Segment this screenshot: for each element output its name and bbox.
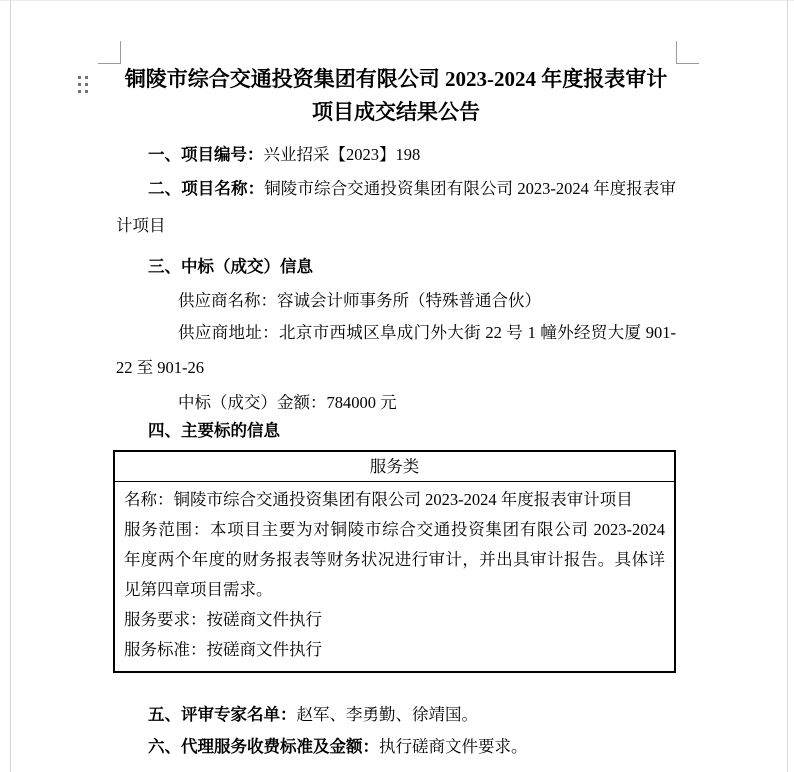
section-experts-label: 五、评审专家名单：	[148, 705, 297, 724]
page-right-edge	[787, 0, 788, 772]
subject-table-body: 名称：铜陵市综合交通投资集团有限公司 2023-2024 年度报表审计项目 服务…	[115, 482, 674, 671]
subject-table: 服务类 名称：铜陵市综合交通投资集团有限公司 2023-2024 年度报表审计项…	[113, 450, 676, 673]
section-project-number-label: 一、项目编号：	[148, 145, 264, 164]
paragraph-drag-handle-icon[interactable]	[78, 76, 88, 93]
section-award-info-heading: 三、中标（成交）信息	[116, 249, 676, 284]
page-top-edge	[0, 0, 794, 1]
section-agency-fee-label: 六、代理服务收费标准及金额：	[148, 737, 379, 756]
supplier-address-line: 供应商地址：北京市西城区阜成门外大街 22 号 1 幢外经贸大厦 901-22 …	[116, 315, 676, 385]
award-amount-value: 784000 元	[327, 393, 397, 412]
subject-table-row-scope: 服务范围：本项目主要为对铜陵市综合交通投资集团有限公司 2023-2024 年度…	[124, 515, 665, 605]
section-project-number-value: 兴业招采【2023】198	[264, 145, 421, 164]
section-project-name: 二、项目名称：铜陵市综合交通投资集团有限公司 2023-2024 年度报表审计项…	[116, 170, 676, 244]
section-experts-line: 五、评审专家名单：赵军、李勇勤、徐靖国。	[116, 697, 676, 732]
section-agency-fee-line: 六、代理服务收费标准及金额：执行磋商文件要求。	[116, 729, 676, 764]
supplier-address-label: 供应商地址：	[178, 323, 279, 342]
supplier-name-label: 供应商名称：	[178, 291, 277, 310]
award-amount-label: 中标（成交）金额：	[178, 393, 327, 412]
subject-table-row-standard: 服务标准：按磋商文件执行	[124, 635, 665, 665]
section-agency-fee-value: 执行磋商文件要求。	[379, 737, 528, 756]
section-project-number: 一、项目编号：兴业招采【2023】198	[116, 137, 676, 172]
document-viewer: { "title": { "line1": "铜陵市综合交通投资集团有限公司 2…	[0, 0, 794, 772]
title-line-1: 铜陵市综合交通投资集团有限公司 2023-2024 年度报表审计	[116, 63, 676, 96]
title-line-2: 项目成交结果公告	[116, 96, 676, 129]
supplier-name-line: 供应商名称：容诚会计师事务所（特殊普通合伙）	[116, 283, 676, 318]
subject-table-header-cell: 服务类	[115, 452, 674, 482]
document-title: 铜陵市综合交通投资集团有限公司 2023-2024 年度报表审计 项目成交结果公…	[116, 63, 676, 129]
section-experts-value: 赵军、李勇勤、徐靖国。	[297, 705, 479, 724]
text-boundary-mark-top-right-icon	[676, 41, 699, 64]
section-project-name-label: 二、项目名称：	[148, 179, 264, 198]
text-boundary-mark-top-left-icon	[98, 41, 121, 64]
subject-table-row-name: 名称：铜陵市综合交通投资集团有限公司 2023-2024 年度报表审计项目	[124, 485, 665, 515]
supplier-name-value: 容诚会计师事务所（特殊普通合伙）	[277, 291, 541, 310]
subject-table-row-requirement: 服务要求：按磋商文件执行	[124, 605, 665, 635]
page-left-edge	[10, 0, 11, 772]
section-subject-info-heading: 四、主要标的信息	[116, 413, 676, 448]
